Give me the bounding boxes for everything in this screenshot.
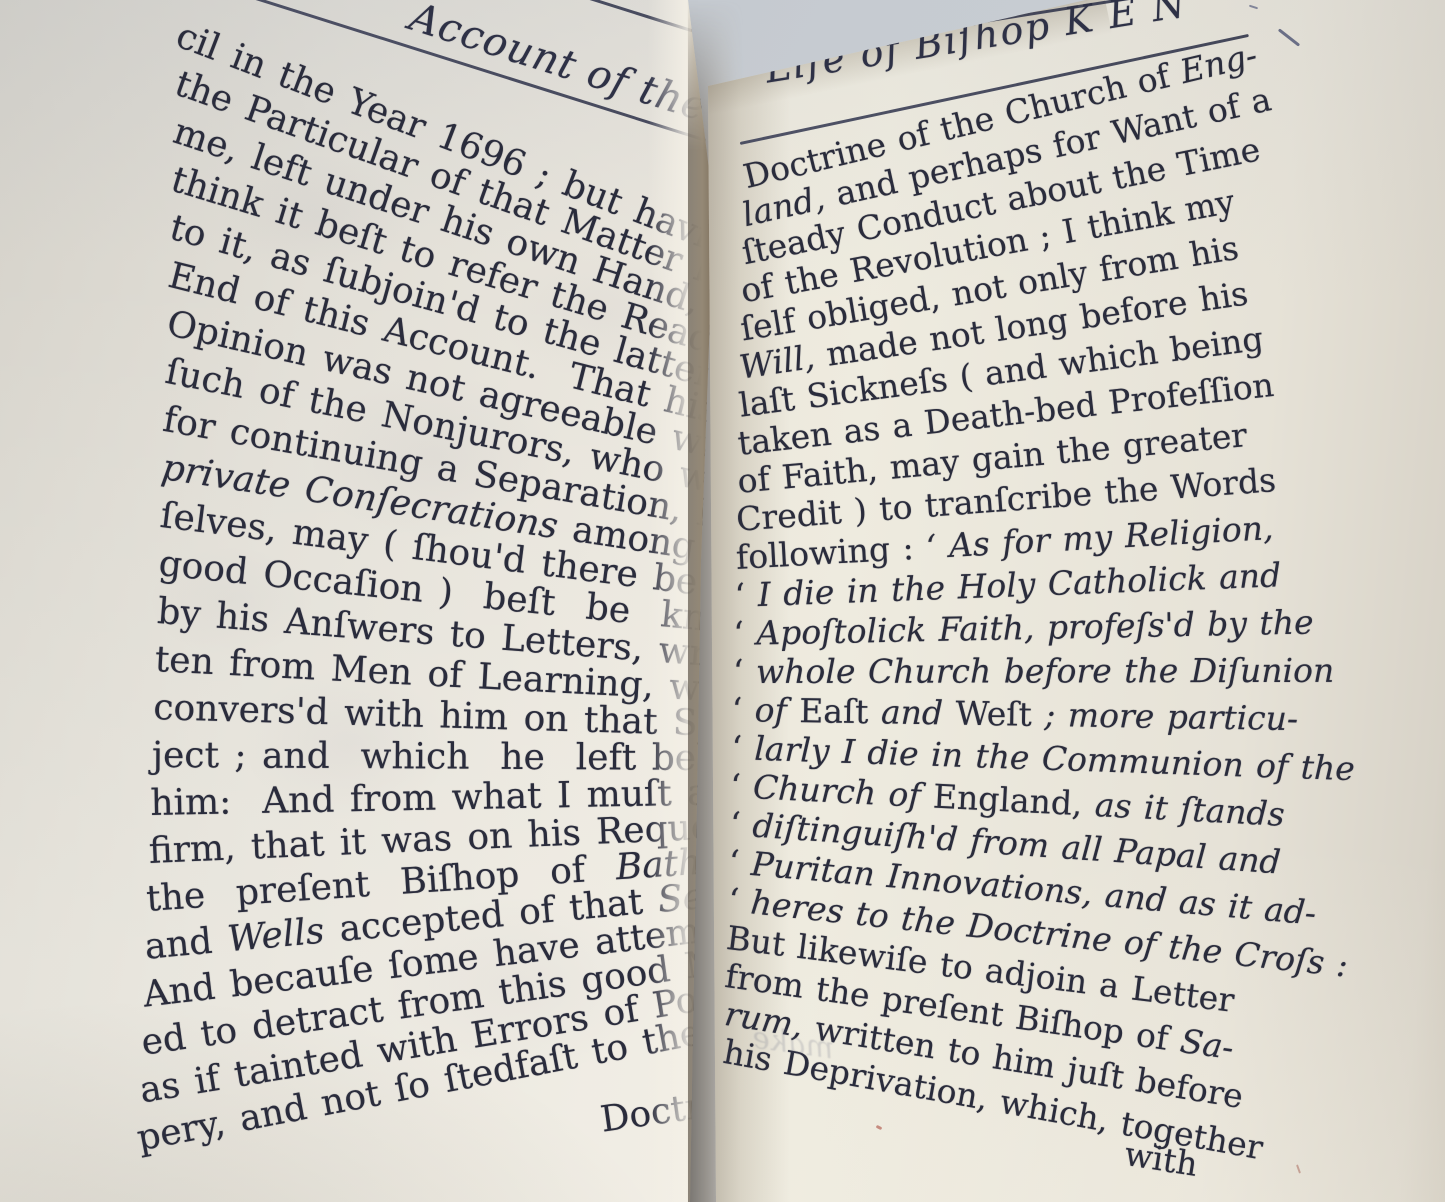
right-page-text-line: ‘ Apoſtolick Faith, profeſs'd by the (733, 604, 1314, 652)
right-page-text-line: ‘ whole Church before the Diſunion (733, 653, 1334, 691)
open-book-photo: Account of the cil in the Year 1696 ; bu… (0, 0, 1445, 1202)
